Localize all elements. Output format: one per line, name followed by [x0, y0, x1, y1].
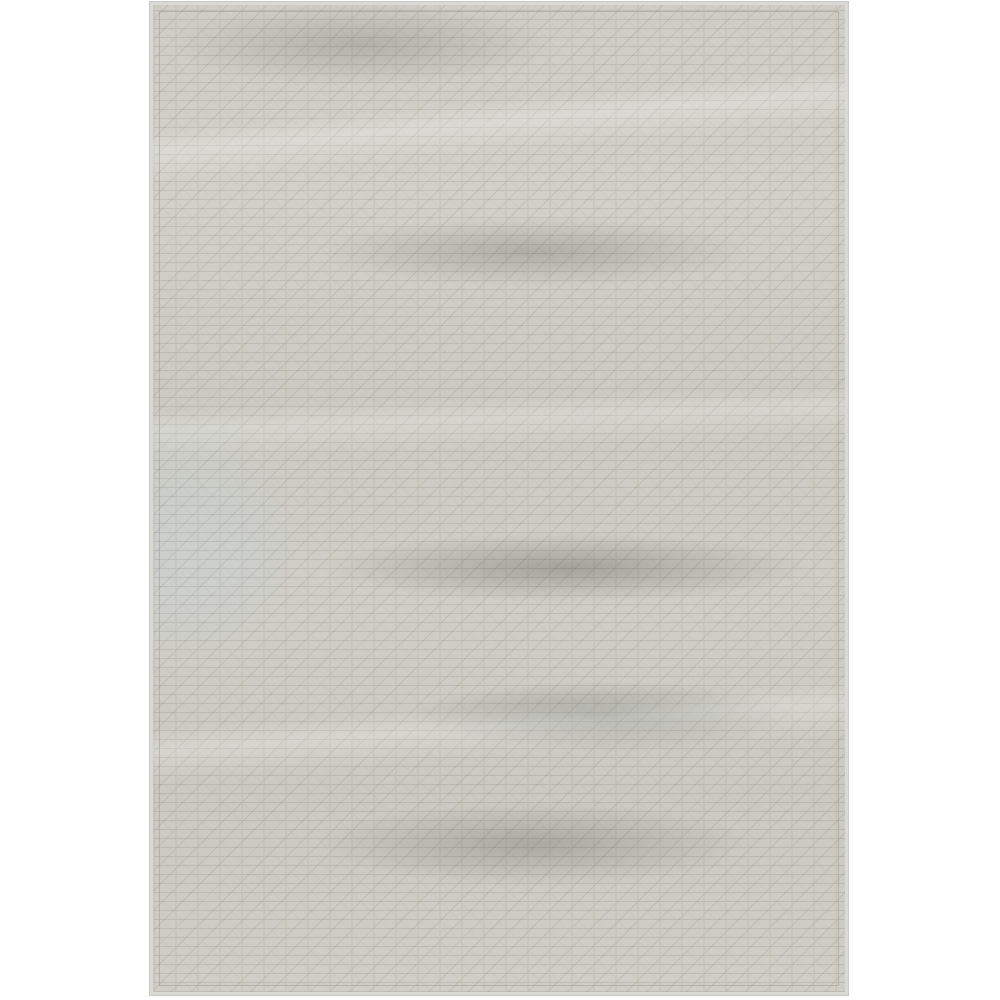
rug-distressed-streaks	[153, 5, 845, 992]
rug	[150, 2, 848, 995]
